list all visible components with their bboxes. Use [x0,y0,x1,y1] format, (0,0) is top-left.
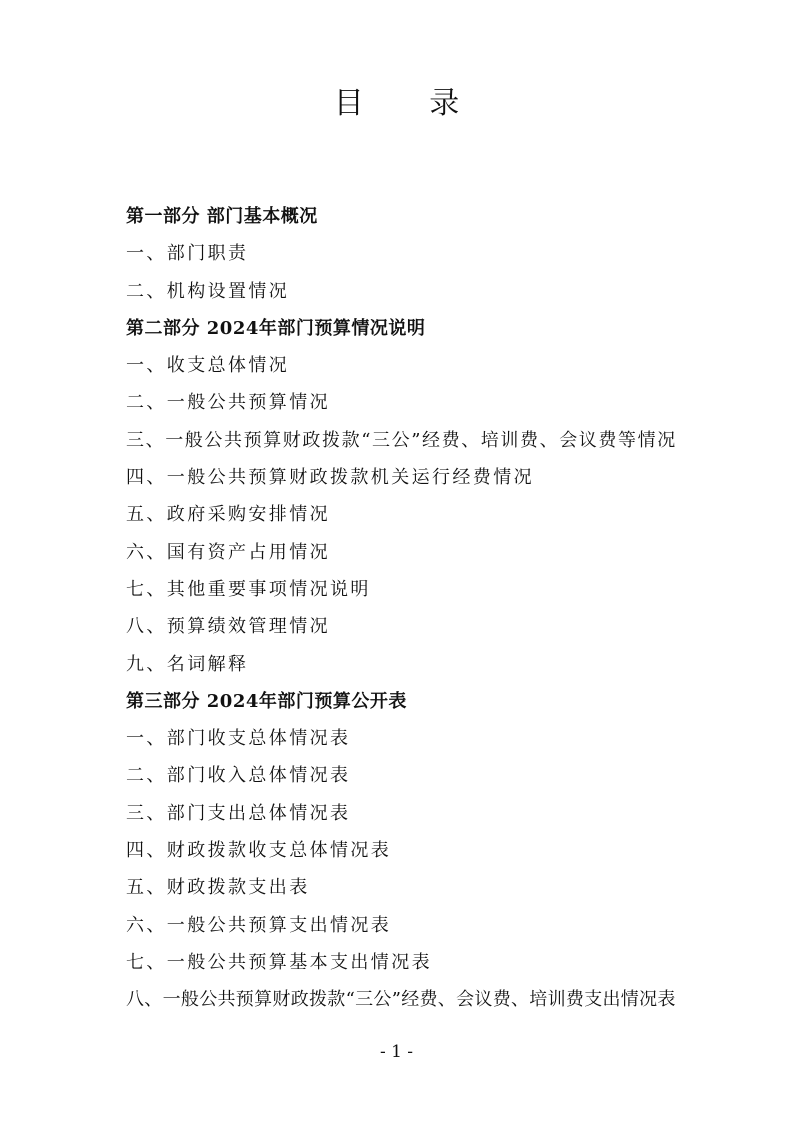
toc-item: 七、其他重要事项情况说明 [126,571,746,608]
toc-heading-part-1: 第一部分 部门基本概况 [126,198,746,235]
toc-item: 五、政府采购安排情况 [126,496,746,533]
toc-heading-part-2: 第二部分 2024年部门预算情况说明 [126,310,746,347]
toc-item: 六、国有资产占用情况 [126,534,746,571]
toc-item: 七、一般公共预算基本支出情况表 [126,944,746,981]
toc-item: 一、收支总体情况 [126,347,746,384]
toc-item: 三、部门支出总体情况表 [126,795,746,832]
toc-item: 一、部门职责 [126,235,746,272]
toc-item: 五、财政拨款支出表 [126,869,746,906]
toc-item: 六、一般公共预算支出情况表 [126,907,746,944]
toc-item: 四、财政拨款收支总体情况表 [126,832,746,869]
toc-item: 九、名词解释 [126,646,746,683]
toc-item: 一、部门收支总体情况表 [126,720,746,757]
toc-item: 八、预算绩效管理情况 [126,608,746,645]
toc-item: 三、一般公共预算财政拨款“三公”经费、培训费、会议费等情况 [126,422,746,459]
toc-item: 八、一般公共预算财政拨款“三公”经费、会议费、培训费支出情况表 [126,981,746,1018]
toc-item: 二、部门收入总体情况表 [126,757,746,794]
page-number: - 1 - [0,1042,793,1062]
toc-item: 四、一般公共预算财政拨款机关运行经费情况 [126,459,746,496]
page-title: 目 录 [0,78,793,122]
toc-item: 二、一般公共预算情况 [126,384,746,421]
table-of-contents: 第一部分 部门基本概况 一、部门职责 二、机构设置情况 第二部分 2024年部门… [126,198,746,1019]
toc-heading-part-3: 第三部分 2024年部门预算公开表 [126,683,746,720]
toc-item: 二、机构设置情况 [126,273,746,310]
